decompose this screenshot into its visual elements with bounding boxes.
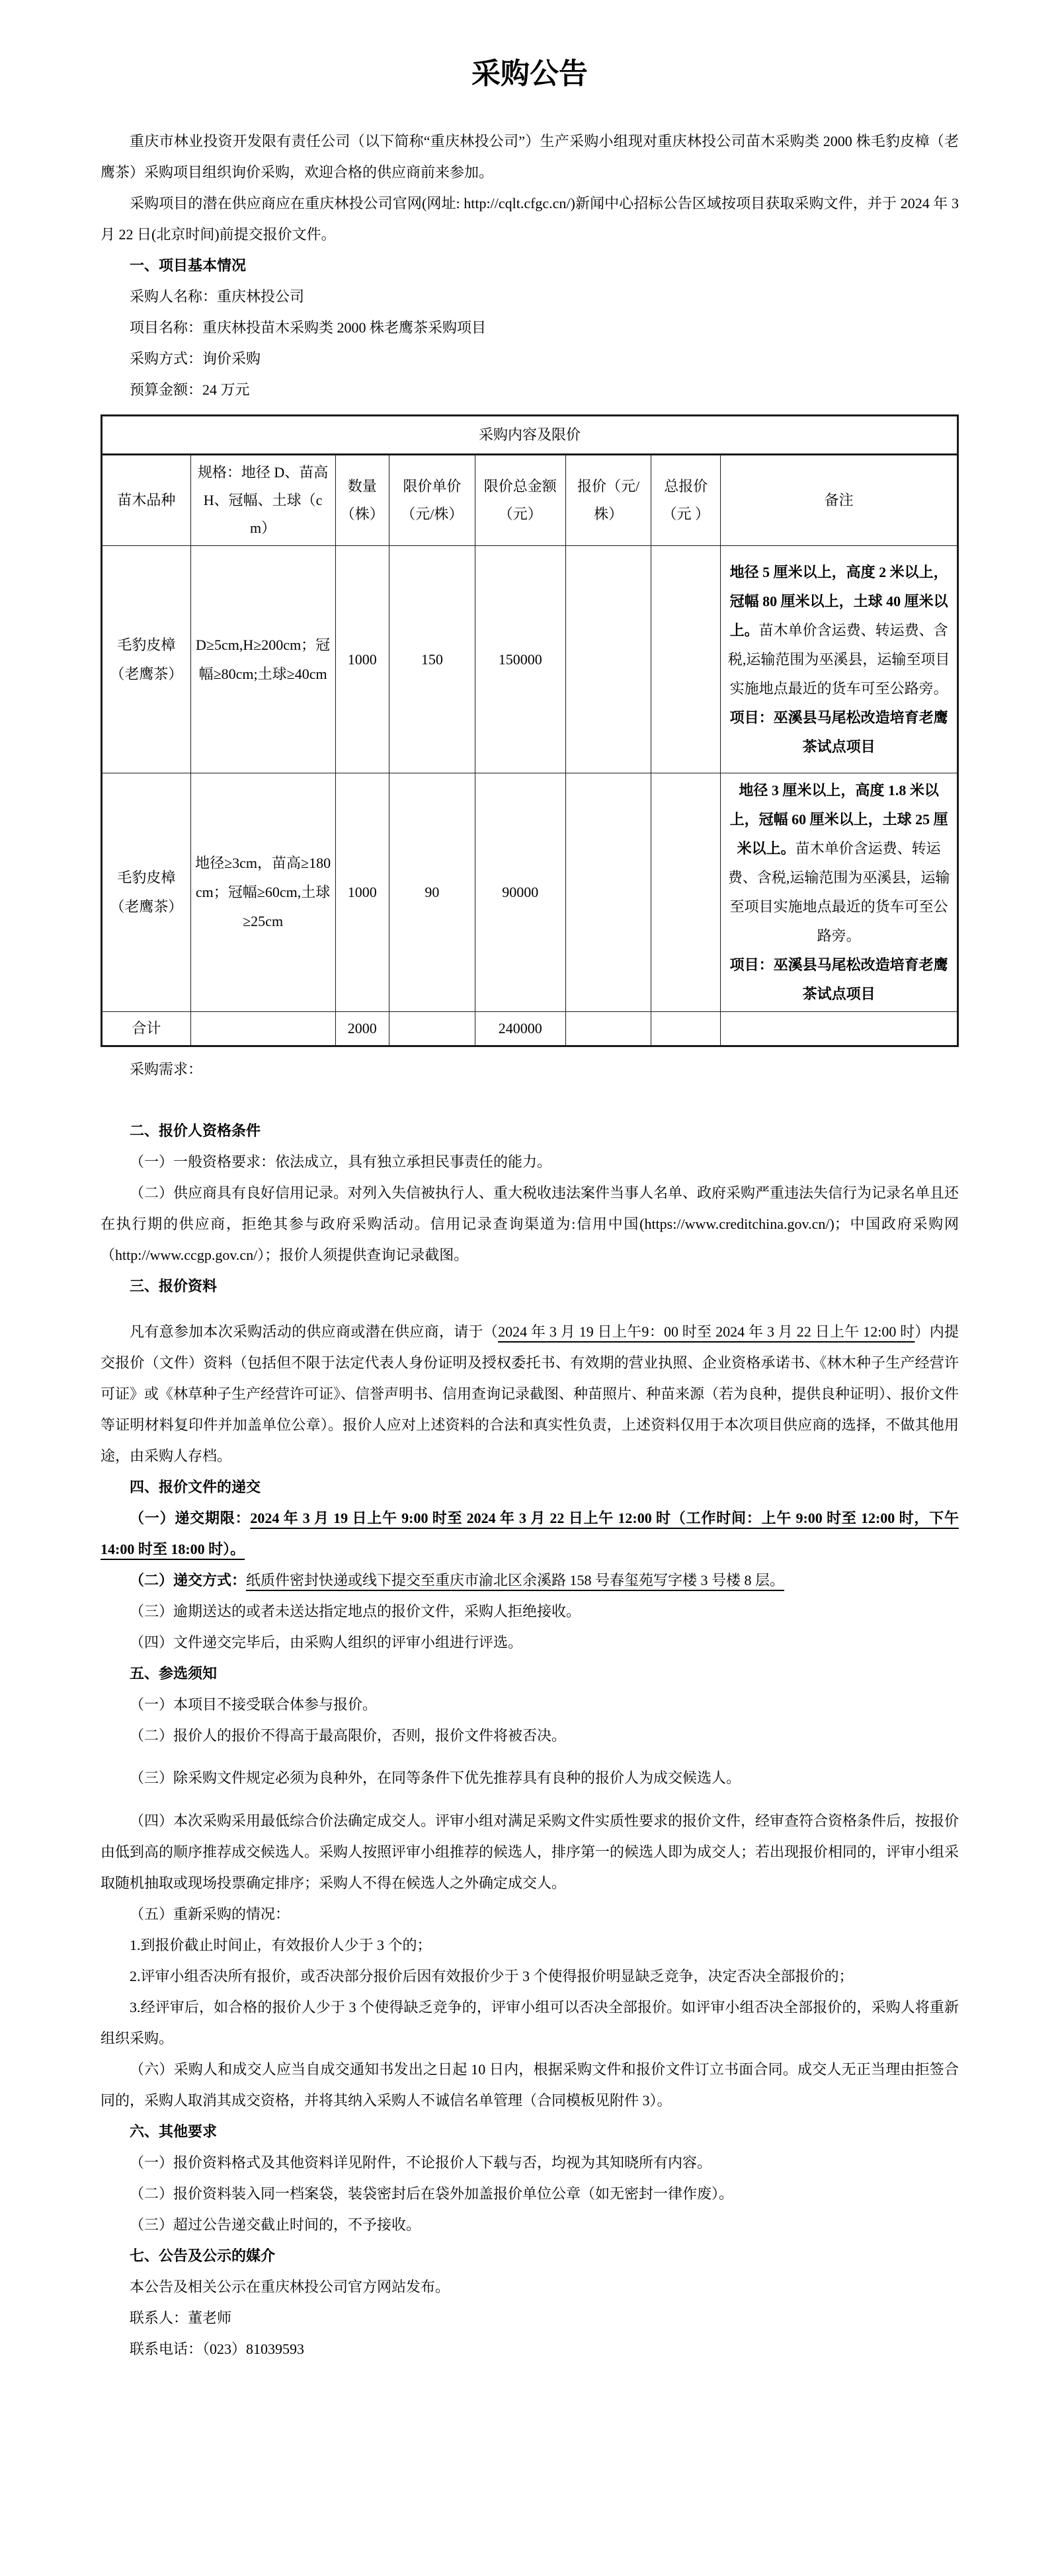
section1-heading: 一、项目基本情况 [101,250,959,281]
section6-heading: 六、其他要求 [101,2116,959,2147]
cap-total-cell: 150000 [475,546,565,773]
section5-item-5-sub-1: 1.到报价截止时间止，有效报价人少于 3 个的； [101,1930,959,1961]
section5-item-6: （六）采购人和成交人应当自成交通知书发出之日起 10 日内，根据采购文件和报价文… [101,2054,959,2116]
demand-label: 采购需求： [101,1054,959,1085]
intro-paragraph-1: 重庆市林业投资开发限有责任公司（以下简称“重庆林投公司”）生产采购小组现对重庆林… [101,126,959,188]
total-quote-cell [565,1012,651,1046]
section3-text-before: 凡有意参加本次采购活动的供应商或潜在供应商，请于（ [130,1323,498,1340]
procure-method-line: 采购方式：询价采购 [101,343,959,374]
quote-cell [565,546,651,773]
section5-item-3: （三）除采购文件规定必须为良种外，在同等条件下优先推荐具有良种的报价人为成交候选… [101,1758,959,1799]
section7-heading: 七、公告及公示的媒介 [101,2240,959,2271]
section5-item-5-sub-3: 3.经评审后，如合格的报价人少于 3 个使得缺乏竞争的，评审小组可以否决全部报价… [101,1992,959,2054]
section5-item-2: （二）报价人的报价不得高于最高限价，否则，报价文件将被否决。 [101,1720,959,1751]
section6-item-3: （三）超过公告递交截止时间的，不予接收。 [101,2209,959,2240]
section4-item-3: （三）逾期送达的或者未送达指定地点的报价文件，采购人拒绝接收。 [101,1596,959,1627]
buyer-name-line: 采购人名称：重庆林投公司 [101,281,959,312]
qty-cell: 1000 [335,546,389,773]
table-caption-row: 采购内容及限价 [102,416,958,455]
total-quote-total-cell [651,1012,721,1046]
budget-line: 预算金额：24 万元 [101,374,959,405]
section5-item-1: （一）本项目不接受联合体参与报价。 [101,1689,959,1720]
table-total-row: 合计 2000 240000 [102,1012,958,1046]
total-cap-unit-cell [389,1012,475,1046]
table-row: 毛豹皮樟（老鹰茶） 地径≥3cm，苗高≥180cm；冠幅≥60cm,土球≥25c… [102,773,958,1012]
col-header-quote-total: 总报价（元 ） [651,455,721,546]
section5-item-5: （五）重新采购的情况： [101,1898,959,1930]
total-label-cell: 合计 [102,1012,191,1046]
section5-item-5-sub-2: 2.评审小组否决所有报价，或否决部分报价后因有效报价少于 3 个使得报价明显缺乏… [101,1961,959,1992]
section4-item-4: （四）文件递交完毕后，由采购人组织的评审小组进行评选。 [101,1627,959,1658]
remark-cell: 地径 5 厘米以上，高度 2 米以上，冠幅 80 厘米以上，土球 40 厘米以上… [721,546,958,773]
quote-total-cell [651,773,721,1012]
col-header-species: 苗木品种 [102,455,191,546]
cap-unit-cell: 150 [389,546,475,773]
project-name-line: 项目名称：重庆林投苗木采购类 2000 株老鹰茶采购项目 [101,312,959,343]
contact-person-line: 联系人：董老师 [101,2302,959,2333]
col-header-cap-total: 限价总金额（元） [475,455,565,546]
quote-cell [565,773,651,1012]
remark-note: 苗木单价含运费、转运费、含税,运输范围为巫溪县，运输至项目实施地点最近的货车可至… [728,622,950,697]
procurement-content-table: 采购内容及限价 苗木品种 规格：地径 D、苗高 H、冠幅、土球（cm） 数量（株… [101,414,959,1047]
total-qty-cell: 2000 [335,1012,389,1046]
intro-paragraph-2: 采购项目的潜在供应商应在重庆林投公司官网(网址: http://cqlt.cfg… [101,188,959,250]
total-spec-cell [190,1012,335,1046]
total-cap-total-cell: 240000 [475,1012,565,1046]
section2-item-1: （一）一般资格要求：依法成立，具有独立承担民事责任的能力。 [101,1146,959,1177]
table-row: 毛豹皮樟（老鹰茶） D≥5cm,H≥200cm；冠幅≥80cm;土球≥40cm … [102,546,958,773]
table-header-row: 苗木品种 规格：地径 D、苗高 H、冠幅、土球（cm） 数量（株） 限价单价（元… [102,455,958,546]
section4-heading: 四、报价文件的递交 [101,1471,959,1503]
col-header-cap-unit-price: 限价单价（元/株） [389,455,475,546]
section5-item-4: （四）本次采购采用最低综合价法确定成交人。评审小组对满足采购文件实质性要求的报价… [101,1805,959,1898]
spec-cell: D≥5cm,H≥200cm；冠幅≥80cm;土球≥40cm [190,546,335,773]
section3-text-after: ）内提交报价（文件）资料（包括但不限于法定代表人身份证明及授权委托书、有效期的营… [101,1323,959,1464]
remark-project: 项目：巫溪县马尾松改造培育老鹰茶试点项目 [725,951,953,1009]
publish-media-line: 本公告及相关公示在重庆林投公司官方网站发布。 [101,2271,959,2302]
page-title: 采购公告 [101,53,959,95]
total-remark-cell [721,1012,958,1046]
cap-total-cell: 90000 [475,773,565,1012]
remark-project: 项目：巫溪县马尾松改造培育老鹰茶试点项目 [725,703,953,761]
section6-item-2: （二）报价资料装入同一档案袋，装袋密封后在袋外加盖报价单位公章（如无密封一律作废… [101,2178,959,2209]
col-header-quote: 报价（元/株） [565,455,651,546]
section2-item-2: （二）供应商具有良好信用记录。对列入失信被执行人、重大税收违法案件当事人名单、政… [101,1177,959,1270]
submission-address-underlined: 纸质件密封快递或线下提交至重庆市渝北区余溪路 158 号春玺苑写字楼 3 号楼 … [246,1572,784,1588]
qty-cell: 1000 [335,773,389,1012]
section3-deadline-underlined: 2024 年 3 月 19 日上午9：00 时至 2024 年 3 月 22 日… [498,1323,915,1340]
col-header-remark: 备注 [721,455,958,546]
section3-paragraph: 凡有意参加本次采购活动的供应商或潜在供应商，请于（2024 年 3 月 19 日… [101,1316,959,1471]
species-cell: 毛豹皮樟（老鹰茶） [102,773,191,1012]
submission-method-label: （二）递交方式： [130,1572,246,1588]
quote-total-cell [651,546,721,773]
table-caption: 采购内容及限价 [102,416,958,455]
section4-item-2: （二）递交方式：纸质件密封快递或线下提交至重庆市渝北区余溪路 158 号春玺苑写… [101,1565,959,1596]
col-header-spec: 规格：地径 D、苗高 H、冠幅、土球（cm） [190,455,335,546]
section2-heading: 二、报价人资格条件 [101,1115,959,1146]
submission-deadline-label: （一）递交期限： [130,1510,250,1526]
spec-cell: 地径≥3cm，苗高≥180cm；冠幅≥60cm,土球≥25cm [190,773,335,1012]
col-header-qty: 数量（株） [335,455,389,546]
section4-item-1: （一）递交期限：2024 年 3 月 19 日上午 9:00 时至 2024 年… [101,1503,959,1565]
section5-heading: 五、参选须知 [101,1658,959,1689]
procurement-notice-document: 采购公告 重庆市林业投资开发限有责任公司（以下简称“重庆林投公司”）生产采购小组… [0,0,1058,2576]
section3-heading: 三、报价资料 [101,1270,959,1302]
cap-unit-cell: 90 [389,773,475,1012]
remark-cell: 地径 3 厘米以上，高度 1.8 米以上，冠幅 60 厘米以上，土球 25 厘米… [721,773,958,1012]
contact-phone-line: 联系电话：（023）81039593 [101,2333,959,2364]
section6-item-1: （一）报价资料格式及其他资料详见附件，不论报价人下载与否，均视为其知晓所有内容。 [101,2147,959,2178]
species-cell: 毛豹皮樟（老鹰茶） [102,546,191,773]
